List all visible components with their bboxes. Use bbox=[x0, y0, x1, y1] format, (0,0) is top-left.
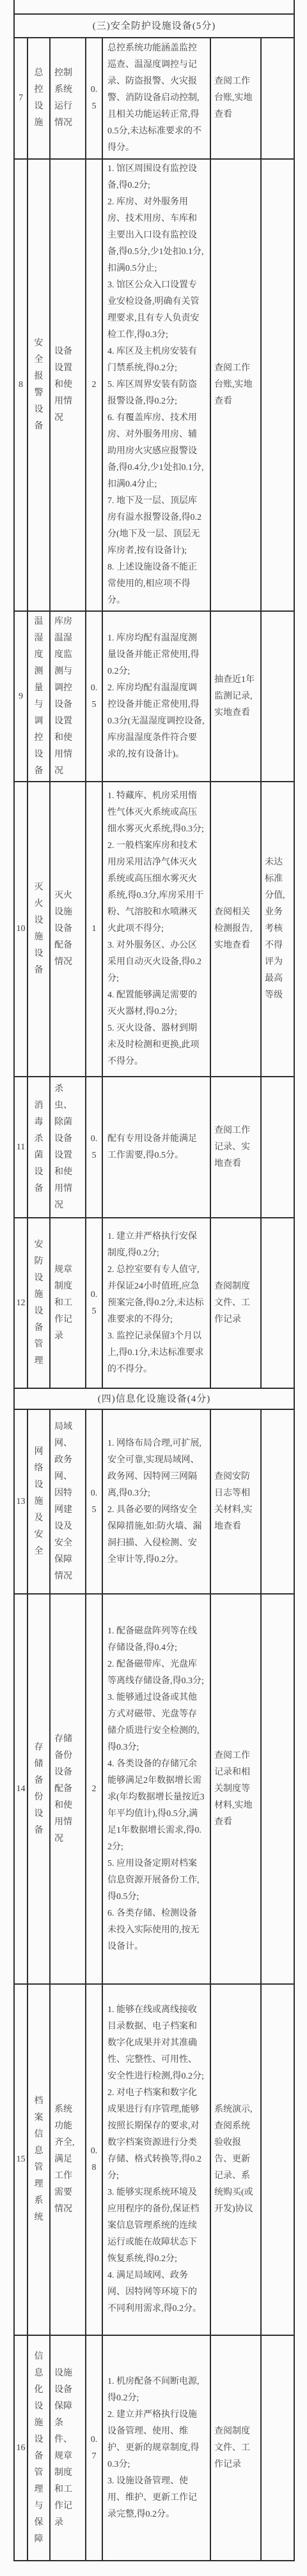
score-value: 0.5 bbox=[86, 38, 102, 159]
check-method: 查阅制度文件、工作记录 bbox=[210, 2335, 261, 2561]
sub-item: 设备设置和使用情况 bbox=[50, 159, 86, 611]
note bbox=[261, 1984, 294, 2335]
row-number: 16 bbox=[14, 2335, 28, 2561]
row-number: 9 bbox=[14, 611, 28, 782]
row-number: 12 bbox=[14, 1218, 28, 1388]
table-row: 10 灭火设施设备 灭火设施设备配备情况 1 1. 特藏库、机房采用惰性气体灭火… bbox=[14, 782, 294, 1077]
score-value: 2 bbox=[86, 1594, 102, 1984]
check-method: 查阅工作台账,实地查看 bbox=[210, 159, 261, 611]
note bbox=[261, 2335, 294, 2561]
sub-item: 局域网、政务网、因特网建设及安全保障情况 bbox=[50, 1409, 86, 1594]
row-number: 10 bbox=[14, 782, 28, 1077]
row-number: 14 bbox=[14, 1594, 28, 1984]
note bbox=[261, 611, 294, 782]
note bbox=[261, 1409, 294, 1594]
sub-item: 系统功能齐全,满足工作需要情况 bbox=[50, 1984, 86, 2335]
check-method: 查阅制度文件、工作记录 bbox=[210, 1218, 261, 1388]
check-method: 查阅安防日志等相关材料,实地查看 bbox=[210, 1409, 261, 1594]
score-value: 0.5 bbox=[86, 1077, 102, 1218]
note bbox=[261, 38, 294, 159]
check-method: 查阅工作记录和相关制度等材料,实地查看 bbox=[210, 1594, 261, 1984]
sub-item: 灭火设施设备配备情况 bbox=[50, 782, 86, 1077]
score-value: 2 bbox=[86, 159, 102, 611]
row-number: 15 bbox=[14, 1984, 28, 2335]
row-number: 13 bbox=[14, 1409, 28, 1594]
note bbox=[261, 1077, 294, 1218]
scoring-criteria: 1. 馆区周围设有监控设备,得0.2分; 2. 库房、对外服务用房、技术用房、车… bbox=[102, 159, 210, 611]
score-value: 0.7 bbox=[86, 2335, 102, 2561]
assessment-table: (三)安全防护设施设备(5分) 7 总控设施 控制系统运行情况 0.5 总控系统… bbox=[13, 0, 295, 2561]
note bbox=[261, 1594, 294, 1984]
table-row: 14 存储备份设备 存储备份设备配备和使用情况 2 1. 配备磁盘阵列等在线存储… bbox=[14, 1594, 294, 1984]
scanned-document-page: (三)安全防护设施设备(5分) 7 总控设施 控制系统运行情况 0.5 总控系统… bbox=[0, 0, 307, 2576]
item-name: 安防设施设备管理 bbox=[28, 1218, 50, 1388]
sub-item: 设施设备保障条件、规章制度和工作记录 bbox=[50, 2335, 86, 2561]
sub-item: 规章制度和工作记录 bbox=[50, 1218, 86, 1388]
table-row: 9 温湿度测量与调控设备 库房温湿度监测与调控设备设置和使用情况 0.5 1. … bbox=[14, 611, 294, 782]
section-header-row: (四)信息化设施设备(4分) bbox=[14, 1388, 294, 1409]
row-number: 8 bbox=[14, 159, 28, 611]
note bbox=[261, 159, 294, 611]
scoring-criteria: 配有专用设备并能满足工作需要,得0.5分。 bbox=[102, 1077, 210, 1218]
scoring-criteria: 1. 机房配备不间断电源,得0.2分; 2. 建立并严格执行设施设备管理、使用、… bbox=[102, 2335, 210, 2561]
sub-item: 存储备份设备配备和使用情况 bbox=[50, 1594, 86, 1984]
scoring-criteria: 1. 库房均配有温湿度测量设备并能正常使用,得0.2分; 2. 库房均配有温湿度… bbox=[102, 611, 210, 782]
table-row: 16 信息化设施设备管理与保障 设施设备保障条件、规章制度和工作记录 0.7 1… bbox=[14, 2335, 294, 2561]
table-row: 11 消毒杀菌设备 杀虫、除菌设备设置和使用情况 0.5 配有专用设备并能满足工… bbox=[14, 1077, 294, 1218]
score-value: 0.5 bbox=[86, 611, 102, 782]
note: 未达标准分值,业务考核不得评为最高等级 bbox=[261, 782, 294, 1077]
section-b-title: (四)信息化设施设备(4分) bbox=[14, 1388, 294, 1409]
check-method: 查阅工作台账,实地查看 bbox=[210, 38, 261, 159]
scoring-criteria: 1. 能够在线或离线接收目录数据、电子档案和数字化成果并对其准确性、完整性、可用… bbox=[102, 1984, 210, 2335]
note bbox=[261, 1218, 294, 1388]
section-a-title: (三)安全防护设施设备(5分) bbox=[14, 14, 294, 38]
check-method: 系统演示,查阅系统验收报告、更新记录、系统购买(或开发)协议 bbox=[210, 1984, 261, 2335]
row-number: 11 bbox=[14, 1077, 28, 1218]
table-row: 13 网络设施及安全 局域网、政务网、因特网建设及安全保障情况 0.5 1. 网… bbox=[14, 1409, 294, 1594]
item-name: 温湿度测量与调控设备 bbox=[28, 611, 50, 782]
table-row: 15 档案信息管理系统 系统功能齐全,满足工作需要情况 0.8 1. 能够在线或… bbox=[14, 1984, 294, 2335]
sub-item: 杀虫、除菌设备设置和使用情况 bbox=[50, 1077, 86, 1218]
check-method: 抽查近1年监测记录,实地查看 bbox=[210, 611, 261, 782]
item-name: 灭火设施设备 bbox=[28, 782, 50, 1077]
item-name: 安全报警设备 bbox=[28, 159, 50, 611]
item-name: 档案信息管理系统 bbox=[28, 1984, 50, 2335]
table-row: 12 安防设施设备管理 规章制度和工作记录 0.5 1. 建立并严格执行安保制度… bbox=[14, 1218, 294, 1388]
scoring-criteria: 总控系统功能涵盖监控巡查、温湿度调控与记录、防盗报警、火灾报警、消防设备启动控制… bbox=[102, 38, 210, 159]
cropped-previous-row bbox=[14, 0, 294, 14]
item-name: 存储备份设备 bbox=[28, 1594, 50, 1984]
table-continuation-stub bbox=[14, 0, 294, 14]
item-name: 信息化设施设备管理与保障 bbox=[28, 2335, 50, 2561]
check-method: 查阅相关检测报告,实地查看 bbox=[210, 782, 261, 1077]
scoring-criteria: 1. 网络布局合理,可扩展,安全可靠,实现局域网、政务网、因特网三网隔离,得0.… bbox=[102, 1409, 210, 1594]
scoring-criteria: 1. 特藏库、机房采用惰性气体灭火系统或高压细水雾灭火系统,得0.3分; 2. … bbox=[102, 782, 210, 1077]
check-method: 查阅工作记录、实地查看 bbox=[210, 1077, 261, 1218]
section-header-row: (三)安全防护设施设备(5分) bbox=[14, 14, 294, 38]
item-name: 总控设施 bbox=[28, 38, 50, 159]
score-value: 0.5 bbox=[86, 1218, 102, 1388]
item-name: 消毒杀菌设备 bbox=[28, 1077, 50, 1218]
row-number: 7 bbox=[14, 38, 28, 159]
sub-item: 控制系统运行情况 bbox=[50, 38, 86, 159]
item-name: 网络设施及安全 bbox=[28, 1409, 50, 1594]
sub-item: 库房温湿度监测与调控设备设置和使用情况 bbox=[50, 611, 86, 782]
scoring-criteria: 1. 建立并严格执行安保制度,得0.2分; 2. 总控室要有专人值守,并保证24… bbox=[102, 1218, 210, 1388]
scoring-criteria: 1. 配备磁盘阵列等在线存储设备,得0.4分; 2. 配备磁带库、光盘库等离线存… bbox=[102, 1594, 210, 1984]
score-value: 0.5 bbox=[86, 1409, 102, 1594]
score-value: 0.8 bbox=[86, 1984, 102, 2335]
score-value: 1 bbox=[86, 782, 102, 1077]
table-row: 7 总控设施 控制系统运行情况 0.5 总控系统功能涵盖监控巡查、温湿度调控与记… bbox=[14, 38, 294, 159]
table-row: 8 安全报警设备 设备设置和使用情况 2 1. 馆区周围设有监控设备,得0.2分… bbox=[14, 159, 294, 611]
